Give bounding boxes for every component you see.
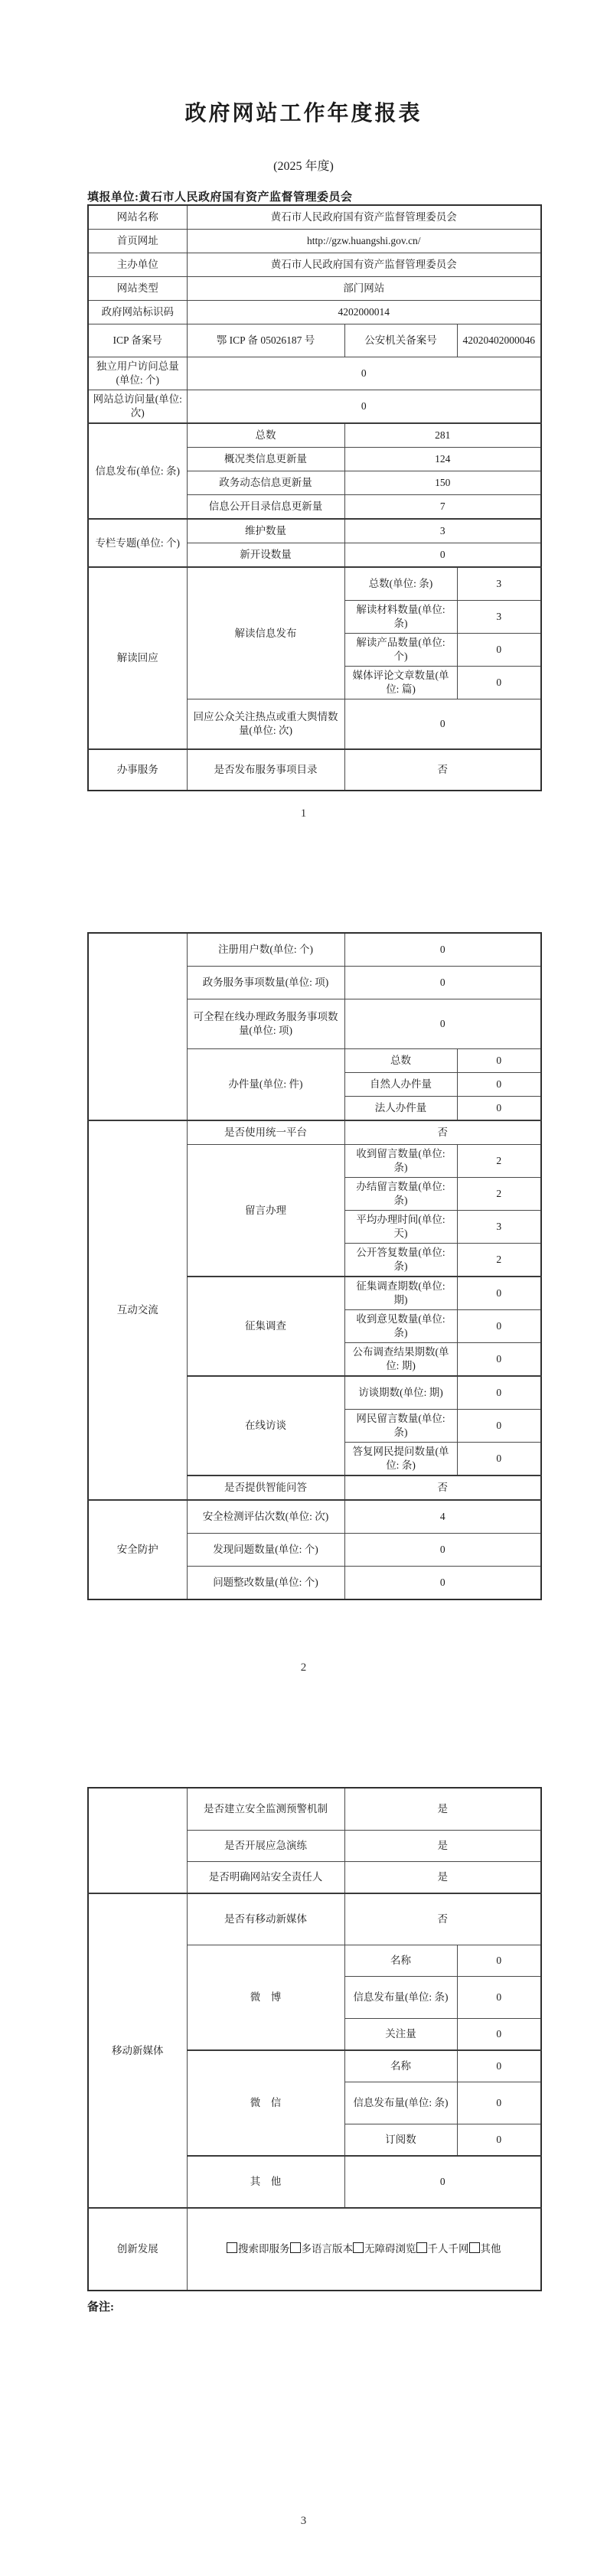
row-value: 281 (344, 423, 541, 448)
row-label: 回应公众关注热点或重大舆情数量(单位: 次) (187, 699, 344, 750)
row-value: 0 (187, 357, 541, 390)
row-label: 总数 (344, 1049, 457, 1073)
row-value: 2 (457, 1244, 541, 1277)
row-value: 0 (344, 933, 541, 967)
row-label: 公布调查结果期数(单位: 期) (344, 1343, 457, 1377)
row-value: 2 (457, 1178, 541, 1211)
innovation-option-label: 搜索即服务 (238, 2243, 290, 2255)
group-label: 专栏专题(单位: 个) (88, 519, 187, 567)
row-value: http://gzw.huangshi.gov.cn/ (187, 230, 541, 253)
row-value: 0 (344, 1567, 541, 1600)
row-value: 否 (344, 1475, 541, 1500)
row-label: 总数 (187, 423, 344, 448)
row-value: 0 (344, 699, 541, 750)
row-label: 信息发布量(单位: 条) (344, 1977, 457, 2019)
table-row: 信息发布(单位: 条) 总数 281 (88, 423, 541, 448)
row-label: 是否提供智能问答 (187, 1475, 344, 1500)
report-year: (2025 年度) (0, 156, 607, 174)
row-value: 124 (344, 448, 541, 471)
row-label: 信息公开目录信息更新量 (187, 495, 344, 520)
row-label: 解读产品数量(单位: 个) (344, 634, 457, 667)
row-value: 0 (457, 634, 541, 667)
row-label: 关注量 (344, 2019, 457, 2051)
row-value: 0 (457, 1343, 541, 1377)
row-label: 可全程在线办理政务服务事项数量(单位: 项) (187, 999, 344, 1049)
row-value: 3 (457, 1211, 541, 1244)
row-value: 0 (187, 390, 541, 424)
innovation-option-label: 千人千网 (428, 2243, 469, 2255)
innovation-option: 无障碍浏览 (353, 2243, 416, 2255)
report-document: 政府网站工作年度报表 (2025 年度) 填报单位:黄石市人民政府国有资产监督管… (0, 0, 607, 2576)
checkbox-icon (290, 2242, 301, 2253)
table-row: 办事服务 是否发布服务事项目录 否 (88, 749, 541, 791)
group-label: 信息发布(单位: 条) (88, 423, 187, 519)
row-value: 鄂 ICP 备 05026187 号 (187, 324, 344, 357)
row-label: 政务服务事项数量(单位: 项) (187, 967, 344, 999)
page-number: 1 (0, 807, 607, 820)
notes-label: 备注: (87, 2298, 114, 2314)
row-value: 部门网站 (187, 277, 541, 301)
row-value: 0 (457, 1073, 541, 1097)
row-value: 0 (457, 2124, 541, 2157)
row-value: 0 (457, 2082, 541, 2124)
table-row: 互动交流 是否使用统一平台 否 (88, 1120, 541, 1145)
row-label: 维护数量 (187, 519, 344, 543)
row-label: 公安机关备案号 (344, 324, 457, 357)
row-value: 0 (457, 1049, 541, 1073)
row-label: 安全检测评估次数(单位: 次) (187, 1500, 344, 1534)
innovation-option: 多语言版本 (290, 2243, 354, 2255)
row-label: 是否有移动新媒体 (187, 1893, 344, 1945)
checkbox-icon (469, 2242, 480, 2253)
table-row: 安全防护 安全检测评估次数(单位: 次) 4 (88, 1500, 541, 1534)
subgroup-label: 其 他 (187, 2156, 344, 2208)
row-value: 3 (457, 601, 541, 634)
innovation-option-label: 无障碍浏览 (364, 2243, 416, 2255)
row-label: 独立用户访问总量(单位: 个) (88, 357, 187, 390)
row-value: 0 (344, 999, 541, 1049)
row-value: 0 (457, 1410, 541, 1443)
row-label: ICP 备案号 (88, 324, 187, 357)
row-value: 黄石市人民政府国有资产监督管理委员会 (187, 205, 541, 230)
row-value: 0 (457, 1097, 541, 1121)
table-row: 网站总访问量(单位: 次) 0 (88, 390, 541, 424)
row-value: 是 (344, 1862, 541, 1894)
page-title: 政府网站工作年度报表 (0, 96, 607, 127)
row-value: 0 (457, 667, 541, 699)
row-value: 0 (457, 1310, 541, 1343)
row-value: 7 (344, 495, 541, 520)
annual-report-table-page1: 网站名称 黄石市人民政府国有资产监督管理委员会 首页网址 http://gzw.… (87, 204, 542, 791)
row-label: 信息发布量(单位: 条) (344, 2082, 457, 2124)
row-value: 0 (344, 1534, 541, 1567)
row-label: 新开设数量 (187, 543, 344, 568)
table-row: 独立用户访问总量(单位: 个) 0 (88, 357, 541, 390)
row-label: 是否明确网站安全责任人 (187, 1862, 344, 1894)
annual-report-table-page3: 是否建立安全监测预警机制 是 是否开展应急演练 是 是否明确网站安全责任人 是 … (87, 1787, 542, 2291)
row-label: 订阅数 (344, 2124, 457, 2157)
row-label: 网民留言数量(单位: 条) (344, 1410, 457, 1443)
table-row: 专栏专题(单位: 个) 维护数量 3 (88, 519, 541, 543)
group-label: 创新发展 (88, 2208, 187, 2291)
row-label: 首页网址 (88, 230, 187, 253)
row-label: 公开答复数量(单位: 条) (344, 1244, 457, 1277)
row-value: 3 (344, 519, 541, 543)
row-label: 网站类型 (88, 277, 187, 301)
table-row: 首页网址 http://gzw.huangshi.gov.cn/ (88, 230, 541, 253)
table-row: 移动新媒体 是否有移动新媒体 否 (88, 1893, 541, 1945)
table-row: ICP 备案号 鄂 ICP 备 05026187 号 公安机关备案号 42020… (88, 324, 541, 357)
row-value: 是 (344, 1788, 541, 1831)
row-value: 0 (457, 2019, 541, 2051)
row-label: 媒体评论文章数量(单位: 篇) (344, 667, 457, 699)
row-value: 0 (344, 2156, 541, 2208)
row-label: 收到留言数量(单位: 条) (344, 1145, 457, 1178)
innovation-options-cell: 搜索即服务多语言版本无障碍浏览千人千网其他 (187, 2208, 541, 2291)
reporting-unit: 填报单位:黄石市人民政府国有资产监督管理委员会 (87, 188, 353, 204)
table-row: 政府网站标识码 4202000014 (88, 301, 541, 324)
reporting-unit-name: 黄石市人民政府国有资产监督管理委员会 (139, 191, 353, 204)
subgroup-label: 微 博 (187, 1945, 344, 2051)
row-value: 0 (344, 543, 541, 568)
subgroup-label: 解读信息发布 (187, 567, 344, 699)
table-row: 网站名称 黄石市人民政府国有资产监督管理委员会 (88, 205, 541, 230)
row-value: 否 (344, 749, 541, 791)
innovation-option: 其他 (469, 2243, 501, 2255)
row-label: 访谈期数(单位: 期) (344, 1376, 457, 1410)
row-value: 3 (457, 567, 541, 601)
row-label: 总数(单位: 条) (344, 567, 457, 601)
group-label: 办事服务 (88, 749, 187, 791)
subgroup-label: 征集调查 (187, 1277, 344, 1376)
row-value: 0 (457, 1977, 541, 2019)
row-label: 办结留言数量(单位: 条) (344, 1178, 457, 1211)
row-value: 0 (457, 1443, 541, 1476)
innovation-option: 千人千网 (416, 2243, 469, 2255)
row-label: 答复网民提问数量(单位: 条) (344, 1443, 457, 1476)
table-row: 解读回应 解读信息发布 总数(单位: 条) 3 (88, 567, 541, 601)
table-row: 网站类型 部门网站 (88, 277, 541, 301)
row-label: 政务动态信息更新量 (187, 471, 344, 495)
checkbox-icon (353, 2242, 364, 2253)
row-value: 0 (457, 1277, 541, 1310)
subgroup-label: 微 信 (187, 2050, 344, 2156)
innovation-option-label: 多语言版本 (302, 2243, 354, 2255)
table-row: 主办单位 黄石市人民政府国有资产监督管理委员会 (88, 253, 541, 277)
row-label: 网站总访问量(单位: 次) (88, 390, 187, 424)
group-label: 安全防护 (88, 1500, 187, 1599)
row-value: 0 (344, 967, 541, 999)
row-value: 黄石市人民政府国有资产监督管理委员会 (187, 253, 541, 277)
row-label: 网站名称 (88, 205, 187, 230)
row-label: 是否使用统一平台 (187, 1120, 344, 1145)
group-label: 解读回应 (88, 567, 187, 749)
subgroup-label: 留言办理 (187, 1145, 344, 1277)
page-number: 3 (0, 2515, 607, 2528)
row-label: 解读材料数量(单位: 条) (344, 601, 457, 634)
row-label: 是否开展应急演练 (187, 1831, 344, 1862)
innovation-option: 搜索即服务 (227, 2243, 290, 2255)
row-value: 150 (344, 471, 541, 495)
checkbox-icon (416, 2242, 427, 2253)
innovation-option-label: 其他 (481, 2243, 501, 2255)
table-row: 创新发展 搜索即服务多语言版本无障碍浏览千人千网其他 (88, 2208, 541, 2291)
row-value: 2 (457, 1145, 541, 1178)
table-row: 注册用户数(单位: 个) 0 (88, 933, 541, 967)
row-value: 否 (344, 1120, 541, 1145)
page-number: 2 (0, 1661, 607, 1674)
subgroup-label: 办件量(单位: 件) (187, 1049, 344, 1121)
row-label: 名称 (344, 2050, 457, 2082)
table-row: 是否建立安全监测预警机制 是 (88, 1788, 541, 1831)
reporting-unit-label: 填报单位: (87, 191, 139, 204)
row-value: 0 (457, 2050, 541, 2082)
row-value: 42020402000046 (457, 324, 541, 357)
row-label: 征集调查期数(单位: 期) (344, 1277, 457, 1310)
row-label: 是否建立安全监测预警机制 (187, 1788, 344, 1831)
subgroup-label: 在线访谈 (187, 1376, 344, 1475)
group-continuation-cell (88, 933, 187, 1120)
row-label: 收到意见数量(单位: 条) (344, 1310, 457, 1343)
row-label: 是否发布服务事项目录 (187, 749, 344, 791)
row-value: 0 (457, 1945, 541, 1977)
row-value: 0 (457, 1376, 541, 1410)
annual-report-table-page2: 注册用户数(单位: 个) 0 政务服务事项数量(单位: 项) 0 可全程在线办理… (87, 932, 542, 1600)
row-label: 法人办件量 (344, 1097, 457, 1121)
group-continuation-cell (88, 1788, 187, 1893)
row-label: 名称 (344, 1945, 457, 1977)
row-value: 否 (344, 1893, 541, 1945)
row-value: 是 (344, 1831, 541, 1862)
row-label: 发现问题数量(单位: 个) (187, 1534, 344, 1567)
row-label: 注册用户数(单位: 个) (187, 933, 344, 967)
row-label: 平均办理时间(单位: 天) (344, 1211, 457, 1244)
row-value: 4 (344, 1500, 541, 1534)
row-label: 问题整改数量(单位: 个) (187, 1567, 344, 1600)
group-label: 互动交流 (88, 1120, 187, 1500)
row-label: 自然人办件量 (344, 1073, 457, 1097)
group-label: 移动新媒体 (88, 1893, 187, 2208)
row-label: 政府网站标识码 (88, 301, 187, 324)
checkbox-icon (227, 2242, 237, 2253)
row-label: 概况类信息更新量 (187, 448, 344, 471)
row-value: 4202000014 (187, 301, 541, 324)
row-label: 主办单位 (88, 253, 187, 277)
